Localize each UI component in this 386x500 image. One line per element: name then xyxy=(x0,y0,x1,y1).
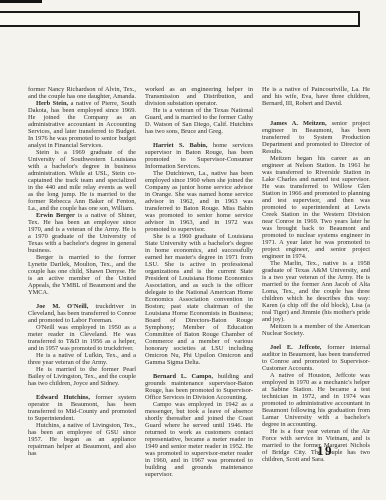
paragraph: The Dutchtown, La., native has been empl… xyxy=(145,170,253,233)
paragraph: He is a four year veteran of the Air For… xyxy=(262,428,370,463)
paragraph: Campo was employed in 1942 as a messenge… xyxy=(145,401,253,478)
paragraph: worked as an engineering helper in Trans… xyxy=(145,86,253,107)
paragraph-text: He is a native of Lufkin, Tex., and a th… xyxy=(28,352,136,366)
header-band xyxy=(0,11,360,27)
paragraph: Bernard L. Campo, building and grounds m… xyxy=(145,373,253,401)
page-number: 19 xyxy=(317,443,333,459)
paragraph: Harriet S. Babin, home services supervis… xyxy=(145,142,253,170)
person-name: Herb Stein, xyxy=(36,100,68,107)
magazine-page: former Nancy Richardson of Alvin, Tex., … xyxy=(0,0,386,500)
column-right: He is a native of Paincourtville, La. He… xyxy=(262,86,370,478)
person-name: Joe M. O'Neill, xyxy=(36,303,88,310)
paragraph: A native of Houston, Jeffcote was employ… xyxy=(262,372,370,428)
paragraph: Stein is a 1969 graduate of the Universi… xyxy=(28,149,136,212)
paragraph-text: He is a four year veteran of the Air For… xyxy=(262,428,370,463)
paragraph: Meitzen began his career as an engineer … xyxy=(262,155,370,260)
paragraph-text: Meitzen began his career as an engineer … xyxy=(262,155,370,260)
paragraph-text: former Nancy Richardson of Alvin, Tex., … xyxy=(28,86,136,100)
person-name: James A. Meitzen, xyxy=(270,120,327,127)
text-columns: former Nancy Richardson of Alvin, Tex., … xyxy=(28,86,370,478)
paragraph-text: Hutchins, a native of Livingston, Tex., … xyxy=(28,422,136,457)
paragraph-text: A native of Houston, Jeffcote was employ… xyxy=(262,372,370,428)
paragraph: Herb Stein, a native of Pierre, South Da… xyxy=(28,100,136,149)
paragraph-text: She is a 1960 graduate of Louisiana Stat… xyxy=(145,233,253,366)
paragraph-text: O'Neill was employed in 1950 as a meter … xyxy=(28,324,136,352)
column-middle: worked as an engineering helper in Trans… xyxy=(145,86,253,478)
paragraph: Berger is married to the former Lynette … xyxy=(28,254,136,296)
person-name: Edward Hutchins, xyxy=(36,394,90,401)
paragraph: Erwin Berger is a native of Shiner, Tex.… xyxy=(28,212,136,254)
paragraph-text: worked as an engineering helper in Trans… xyxy=(145,86,253,107)
paragraph-text: is a native of Shiner, Tex. He has been … xyxy=(28,212,136,254)
paragraph: Edward Hutchins, former system operator … xyxy=(28,394,136,422)
paragraph: former Nancy Richardson of Alvin, Tex., … xyxy=(28,86,136,100)
person-name: Bernard L. Campo, xyxy=(153,373,213,380)
column-left: former Nancy Richardson of Alvin, Tex., … xyxy=(28,86,136,478)
paragraph-text: Campo was employed in 1942 as a messenge… xyxy=(145,401,253,478)
scan-artifact xyxy=(0,0,42,3)
paragraph: He is a native of Lufkin, Tex., and a th… xyxy=(28,352,136,366)
paragraph: Meitzen is a member of the American Nucl… xyxy=(262,323,370,337)
paragraph-text: a native of Pierre, South Dakota, has be… xyxy=(28,100,136,149)
person-name: Erwin Berger xyxy=(36,212,75,219)
paragraph: Hutchins, a native of Livingston, Tex., … xyxy=(28,422,136,457)
paragraph: Joel E. Jeffcote, former internal audito… xyxy=(262,344,370,372)
person-name: Joel E. Jeffcote, xyxy=(270,344,321,351)
paragraph: He is a native of Paincourtville, La. He… xyxy=(262,86,370,107)
paragraph-text: He is a native of Paincourtville, La. He… xyxy=(262,86,370,107)
paragraph-text: Stein is a 1969 graduate of the Universi… xyxy=(28,149,136,212)
paragraph: James A. Meitzen, senior project enginee… xyxy=(262,120,370,155)
paragraph: Joe M. O'Neill, truckdriver in Cleveland… xyxy=(28,303,136,324)
paragraph-text: The Dutchtown, La., native has been empl… xyxy=(145,170,253,233)
person-name: Harriet S. Babin, xyxy=(153,142,207,149)
paragraph-text: He is a veteran of the Texas National Gu… xyxy=(145,107,253,135)
paragraph: O'Neill was employed in 1950 as a meter … xyxy=(28,324,136,352)
paragraph: He is a veteran of the Texas National Gu… xyxy=(145,107,253,135)
paragraph-text: He is married to the former Pearl Bailey… xyxy=(28,366,136,387)
paragraph: He is married to the former Pearl Bailey… xyxy=(28,366,136,387)
paragraph: She is a 1960 graduate of Louisiana Stat… xyxy=(145,233,253,366)
paragraph: The Marlin, Tex., native is a 1958 gradu… xyxy=(262,260,370,323)
paragraph-text: Berger is married to the former Lynette … xyxy=(28,254,136,296)
paragraph-text: Meitzen is a member of the American Nucl… xyxy=(262,323,370,337)
paragraph-text: The Marlin, Tex., native is a 1958 gradu… xyxy=(262,260,370,323)
